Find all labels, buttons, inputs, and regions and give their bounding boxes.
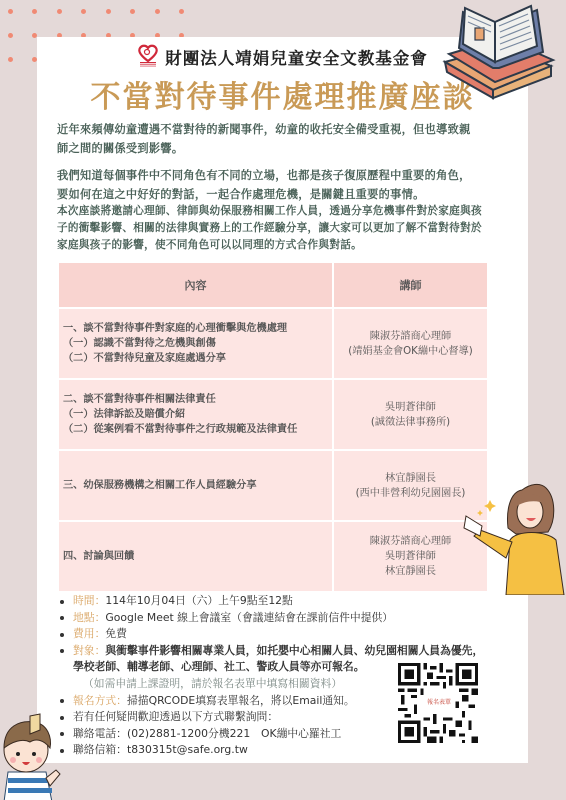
header-lecturer: 講師 (334, 263, 487, 307)
audience-label: 對象： (73, 644, 105, 657)
fee-value: 免費 (105, 627, 127, 640)
detail-audience: 對象：與衝擊事件影響相關專業人員，如托嬰中心相關人員、幼兒園相關人員為優先， (57, 643, 527, 660)
audience-value: 與衝擊事件影響相關專業人員，如托嬰中心相關人員、幼兒園相關人員為優先， (105, 644, 483, 657)
session-content: 三、幼保服務機構之相關工作人員經驗分享 (59, 451, 332, 520)
organization-name: 財團法人靖娟兒童安全文教基金會 (165, 49, 428, 68)
session-subtopic: （一）認識不當對待之危機與創傷 (63, 336, 331, 351)
lecturer-affiliation: (誠徵法律事務所) (335, 415, 486, 430)
table-header-row: 內容 講師 (59, 263, 487, 307)
detail-email: 聯絡信箱：t830315t@safe.org.tw (57, 742, 527, 759)
lecturer-name: 陳淑芬諮商心理師 (335, 329, 486, 344)
table-row: 三、幼保服務機構之相關工作人員經驗分享 林宜靜園長 (西中非營利幼兒園園長) (59, 451, 487, 520)
intro-line: 師之間的關係受到影響。 (57, 140, 509, 159)
qr-label: 報名表單 (424, 697, 454, 709)
fee-label: 費用： (73, 627, 105, 640)
intro-paragraph-2: 我們知道每個事件中不同角色有不同的立場，也都是孩子復原歷程中重要的角色， 要如何… (57, 167, 509, 204)
decorative-dot (8, 9, 13, 14)
woman-presenter-illustration-icon (460, 470, 566, 595)
lecturer-affiliation: (靖娟基金會OK繃中心督導) (335, 344, 486, 359)
decorative-dot (155, 9, 160, 14)
session-lecturer: 吳明蒼律師 (誠徵法律事務所) (334, 380, 487, 449)
flyer-card: 財團法人靖娟兒童安全文教基金會 不當對待事件處理推廣座談 近年來頻傳幼童遭遇不當… (37, 37, 528, 763)
session-title: 二、談不當對待事件相關法律責任 (63, 392, 331, 407)
session-lecturer: 陳淑芬諮商心理師 (靖娟基金會OK繃中心督導) (334, 309, 487, 378)
decorative-dot (130, 9, 135, 14)
decorative-dot (57, 9, 62, 14)
header-content: 內容 (59, 263, 332, 307)
time-value: 114年10月04日（六）上午9點至12點 (105, 594, 292, 607)
place-label: 地點： (73, 611, 105, 624)
decorative-dot (8, 57, 13, 62)
table-row: 一、談不當對待事件對家庭的心理衝擊與危機處理 （一）認識不當對待之危機與創傷 （… (59, 309, 487, 378)
intro-paragraph-1: 近年來頻傳幼童遭遇不當對待的新聞事件，幼童的收托安全備受重視，但也導致親 師之間… (57, 121, 509, 158)
decorative-dot (179, 9, 184, 14)
decorative-dot (32, 9, 37, 14)
session-subtopic: （一）法律訴訟及賠償介紹 (63, 407, 331, 422)
intro-line: 家庭與孩子的影響，使不同角色可以以同理的方式合作與對話。 (57, 237, 509, 254)
table-row: 二、談不當對待事件相關法律責任 （一）法律訴訟及賠償介紹 （二）從案例看不當對待… (59, 380, 487, 449)
session-subtopic: （二）不當對待兒童及家庭處遇分享 (63, 351, 331, 366)
decorative-dot (106, 9, 111, 14)
session-content: 四、討論與回饋 (59, 522, 332, 591)
place-value: Google Meet 線上會議室（會議連結會在課前信件中提供） (105, 611, 393, 624)
detail-place: 地點：Google Meet 線上會議室（會議連結會在課前信件中提供） (57, 610, 527, 627)
session-title: 一、談不當對待事件對家庭的心理衝擊與危機處理 (63, 321, 331, 336)
intro-paragraph-3: 本次座談將邀請心理師、律師與幼保服務相關工作人員，透過分享危機事件對於家庭與孩 … (57, 203, 509, 254)
session-subtopic: （二）從案例看不當對待事件之行政規範及法律責任 (63, 422, 331, 437)
detail-time: 時間：114年10月04日（六）上午9點至12點 (57, 593, 527, 610)
intro-line: 要如何在這之中好好的對話，一起合作處理危機，是關鍵且重要的事情。 (57, 186, 509, 205)
signup-qr-code[interactable]: 報名表單 (398, 663, 478, 743)
intro-line: 近年來頻傳幼童遭遇不當對待的新聞事件，幼童的收托安全備受重視，但也導致親 (57, 121, 509, 140)
boy-waving-illustration-icon (0, 712, 62, 800)
intro-line: 我們知道每個事件中不同角色有不同的立場，也都是孩子復原歷程中重要的角色， (57, 167, 509, 186)
intro-line: 本次座談將邀請心理師、律師與幼保服務相關工作人員，透過分享危機事件對於家庭與孩 (57, 203, 509, 220)
books-illustration-icon (433, 4, 561, 100)
session-title: 三、幼保服務機構之相關工作人員經驗分享 (63, 478, 331, 493)
signup-value: 掃描QRCODE填寫表單報名，將以Email通知。 (127, 694, 355, 707)
session-title: 四、討論與回饋 (63, 549, 331, 564)
lecturer-name: 吳明蒼律師 (335, 400, 486, 415)
intro-line: 子的衝擊影響、相關的法律與實務上的工作經驗分享，讓大家可以更加了解不當對待對於 (57, 220, 509, 237)
schedule-table: 內容 講師 一、談不當對待事件對家庭的心理衝擊與危機處理 （一）認識不當對待之危… (57, 261, 489, 593)
foundation-logo-icon (137, 43, 159, 67)
signup-label: 報名方式： (73, 694, 127, 707)
detail-fee: 費用：免費 (57, 626, 527, 643)
decorative-dot (81, 9, 86, 14)
session-content: 一、談不當對待事件對家庭的心理衝擊與危機處理 （一）認識不當對待之危機與創傷 （… (59, 309, 332, 378)
table-row: 四、討論與回饋 陳淑芬諮商心理師 吳明蒼律師 林宜靜園長 (59, 522, 487, 591)
time-label: 時間： (73, 594, 105, 607)
decorative-dot (8, 33, 13, 38)
session-content: 二、談不當對待事件相關法律責任 （一）法律訴訟及賠償介紹 （二）從案例看不當對待… (59, 380, 332, 449)
